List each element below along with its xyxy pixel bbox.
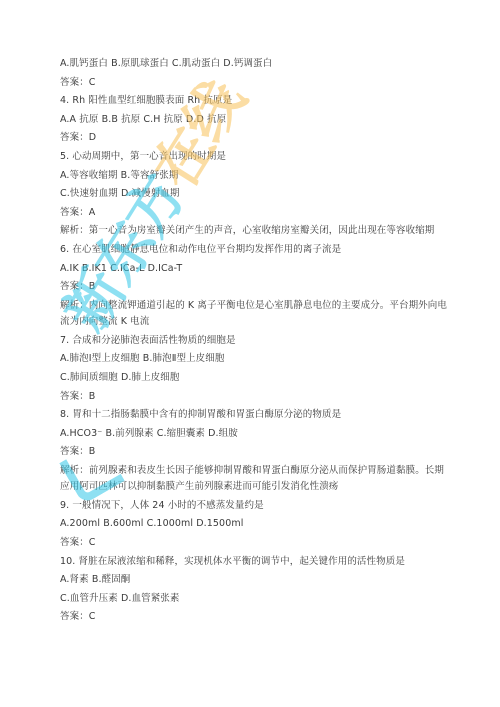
answer-line: 答案：B xyxy=(60,443,450,462)
answer-line: 答案：D xyxy=(60,129,450,148)
question-line: 6. 在心室肌细胞静息电位和动作电位平台期均发挥作用的离子流是 xyxy=(60,241,450,260)
question-line: 8. 胃和十二指肠黏膜中含有的抑制胃酸和胃蛋白酶原分泌的物质是 xyxy=(60,406,450,425)
options-line: C.肺间质细胞 D.肺上皮细胞 xyxy=(60,369,450,388)
options-line: A.A 抗原 B.B 抗原 C.H 抗原 D.D 抗原 xyxy=(60,111,450,130)
question-line: 5. 心动周期中，第一心音出现的时期是 xyxy=(60,148,450,167)
options-line: A.肌钙蛋白 B.原肌球蛋白 C.肌动蛋白 D.钙调蛋白 xyxy=(60,55,450,74)
options-line: A.肺泡Ⅰ型上皮细胞 B.肺泡Ⅱ型上皮细胞 xyxy=(60,350,450,369)
answer-line: 答案：C xyxy=(60,608,450,627)
options-line: C.快速射血期 D.减慢射血期 xyxy=(60,185,450,204)
explanation-line: 解析：第一心音为房室瓣关闭产生的声音，心室收缩房室瓣关闭，因此出现在等容收缩期 xyxy=(60,222,450,241)
options-line: A.等容收缩期 B.等容舒张期 xyxy=(60,167,450,186)
question-line: 7. 合成和分泌肺泡表面活性物质的细胞是 xyxy=(60,332,450,351)
document-page: A.肌钙蛋白 B.原肌球蛋白 C.肌动蛋白 D.钙调蛋白答案：C4. Rh 阳性… xyxy=(0,0,500,707)
question-line: 10. 肾脏在尿液浓缩和稀释，实现机体水平衡的调节中，起关键作用的活性物质是 xyxy=(60,553,450,572)
answer-line: 答案：B xyxy=(60,388,450,407)
options-line: A.HCO3⁻ B.前列腺素 C.缩胆囊素 D.组胺 xyxy=(60,425,450,444)
options-line: C.血管升压素 D.血管紧张素 xyxy=(60,590,450,609)
answer-line: 答案：C xyxy=(60,534,450,553)
options-line: A.IK B.IK1 C.ICa-L D.ICa-T xyxy=(60,260,450,279)
options-line: A.200ml B.600ml C.1000ml D.1500ml xyxy=(60,515,450,534)
answer-line: 答案：B xyxy=(60,278,450,297)
explanation-line: 解析：内向整流钾通道引起的 K 离子平衡电位是心室肌静息电位的主要成分。平台期外… xyxy=(60,297,450,332)
answer-line: 答案：A xyxy=(60,204,450,223)
question-line: 4. Rh 阳性血型红细胞膜表面 Rh 抗原是 xyxy=(60,92,450,111)
question-line: 9. 一般情况下，人体 24 小时的不感蒸发量约是 xyxy=(60,497,450,516)
options-line: A.肾素 B.醛固酮 xyxy=(60,571,450,590)
answer-line: 答案：C xyxy=(60,74,450,93)
document-content: A.肌钙蛋白 B.原肌球蛋白 C.肌动蛋白 D.钙调蛋白答案：C4. Rh 阳性… xyxy=(60,55,450,627)
